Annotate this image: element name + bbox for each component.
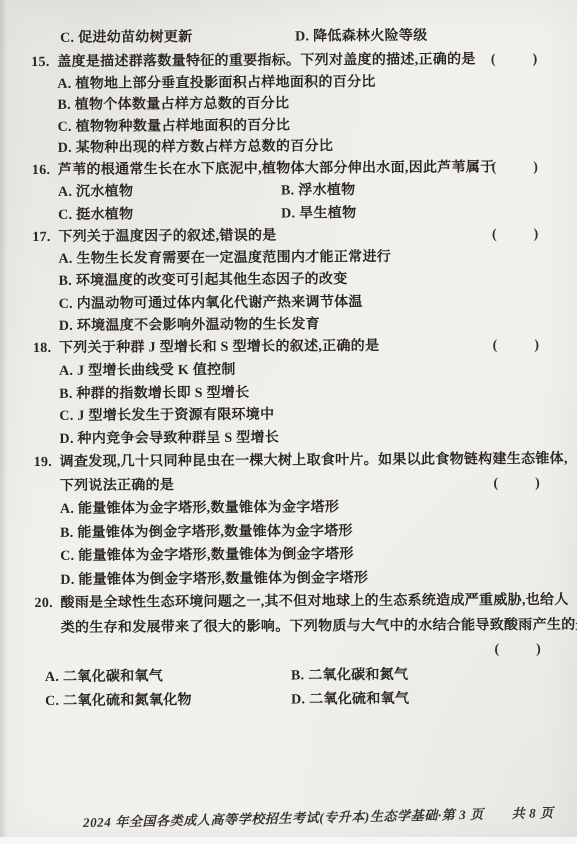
question-20-stem-row-2: 类的生存和发展带来了很大的影响。下列物质与大气中的水结合能导致酸雨产生的是 [4, 614, 577, 642]
question-15-number: 15. [31, 52, 57, 74]
question-16-number: 16. [32, 160, 58, 182]
question-16-stem: 芦苇的根通常生长在水下底泥中,植物体大部分伸出水面,因此芦苇属于 [58, 160, 495, 178]
question-15-stem: 盖度是描述群落数量特征的重要指标。下列对盖度的描述,正确的是 [57, 52, 476, 70]
scanned-exam-page: C. 促进幼苗幼树更新 D. 降低森林火险等级 15.盖度是描述群落数量特征的重… [0, 0, 577, 844]
question-14-option-d: D. 降低森林火险等级 [295, 24, 428, 51]
question-19-option-a: A. 能量锥体为金字塔形,数量锥体为金字塔形 [3, 495, 577, 522]
question-14-options-row: C. 促进幼苗幼树更新 D. 降低森林火险等级 [0, 23, 577, 53]
question-20-bracket-row: ( ) [4, 638, 577, 666]
footer-exam-title-and-page: 2024 年全国各类成人高等学校招生考试(专升本)生态学基础·第 3 页 [83, 807, 484, 830]
question-16-option-b: B. 浮水植物 [281, 180, 356, 203]
question-18-number: 18. [33, 338, 59, 361]
question-14-option-c: C. 促进幼苗幼树更新 [60, 30, 193, 46]
question-20-stem-line1: 酸雨是全球性生态环境问题之一,其不但对地球上的生态系统造成严重威胁,也给人 [60, 593, 568, 611]
question-19-stem-row-2: 下列说法正确的是 ( ) [3, 472, 577, 499]
question-20-answer-bracket: ( ) [494, 638, 541, 663]
question-20-option-a: A. 二氧化碳和氧气 [45, 669, 163, 685]
question-16-option-a: A. 沉水植物 [58, 185, 133, 200]
question-20-stem-line2: 类的生存和发展带来了很大的影响。下列物质与大气中的水结合能导致酸雨产生的是 [61, 617, 577, 635]
page-footer: 2024 年全国各类成人高等学校招生考试(专升本)生态学基础·第 3 页共 8 … [83, 802, 537, 831]
question-20-options-cd-row: C. 二氧化硫和氮氧化物 D. 二氧化硫和氧气 [4, 687, 577, 715]
question-20-stem-row-1: 20.酸雨是全球性生态环境问题之一,其不但对地球上的生态系统造成严重威胁,也给人 [3, 589, 577, 617]
footer-total-pages: 共 8 页 [512, 805, 554, 821]
question-20-number: 20. [34, 592, 60, 617]
question-19-option-b: B. 能量锥体为倒金字塔形,数量锥体为金字塔形 [3, 519, 577, 546]
question-20-option-d: D. 二氧化硫和氧气 [291, 688, 409, 713]
question-18-answer-bracket: ( ) [493, 335, 540, 358]
question-15-answer-bracket: ( ) [491, 49, 538, 71]
question-19-stem-line2: 下列说法正确的是 [60, 478, 174, 494]
question-20-option-b: B. 二氧化碳和氮气 [291, 664, 408, 689]
question-16-answer-bracket: ( ) [491, 157, 538, 180]
question-20-options-ab-row: A. 二氧化碳和氧气 B. 二氧化碳和氮气 [4, 663, 577, 691]
question-16-option-d: D. 旱生植物 [281, 203, 356, 226]
question-18-stem: 下列关于种群 J 型增长和 S 型增长的叙述,正确的是 [59, 339, 379, 356]
question-17-stem: 下列关于温度因子的叙述,错误的是 [58, 228, 276, 244]
question-16-option-c: C. 挺水植物 [58, 207, 133, 222]
question-17-number: 17. [32, 227, 58, 249]
question-19-stem-row-1: 19.调查发现,几十只同种昆虫在一棵大树上取食叶片。如果以此食物链构建生态锥体, [3, 448, 577, 475]
question-17-answer-bracket: ( ) [492, 224, 539, 247]
question-19-answer-bracket: ( ) [493, 472, 540, 496]
question-19-number: 19. [34, 451, 60, 475]
exam-body: C. 促进幼苗幼树更新 D. 降低森林火险等级 15.盖度是描述群落数量特征的重… [0, 23, 577, 715]
question-19-option-d: D. 能量锥体为倒金字塔形,数量锥体为倒金字塔形 [3, 566, 577, 593]
question-19-stem-line1: 调查发现,几十只同种昆虫在一棵大树上取食叶片。如果以此食物链构建生态锥体, [60, 452, 568, 470]
question-20-option-c: C. 二氧化硫和氮氧化物 [45, 693, 192, 709]
question-19-option-c: C. 能量锥体为金字塔形,数量锥体为倒金字塔形 [3, 542, 577, 569]
